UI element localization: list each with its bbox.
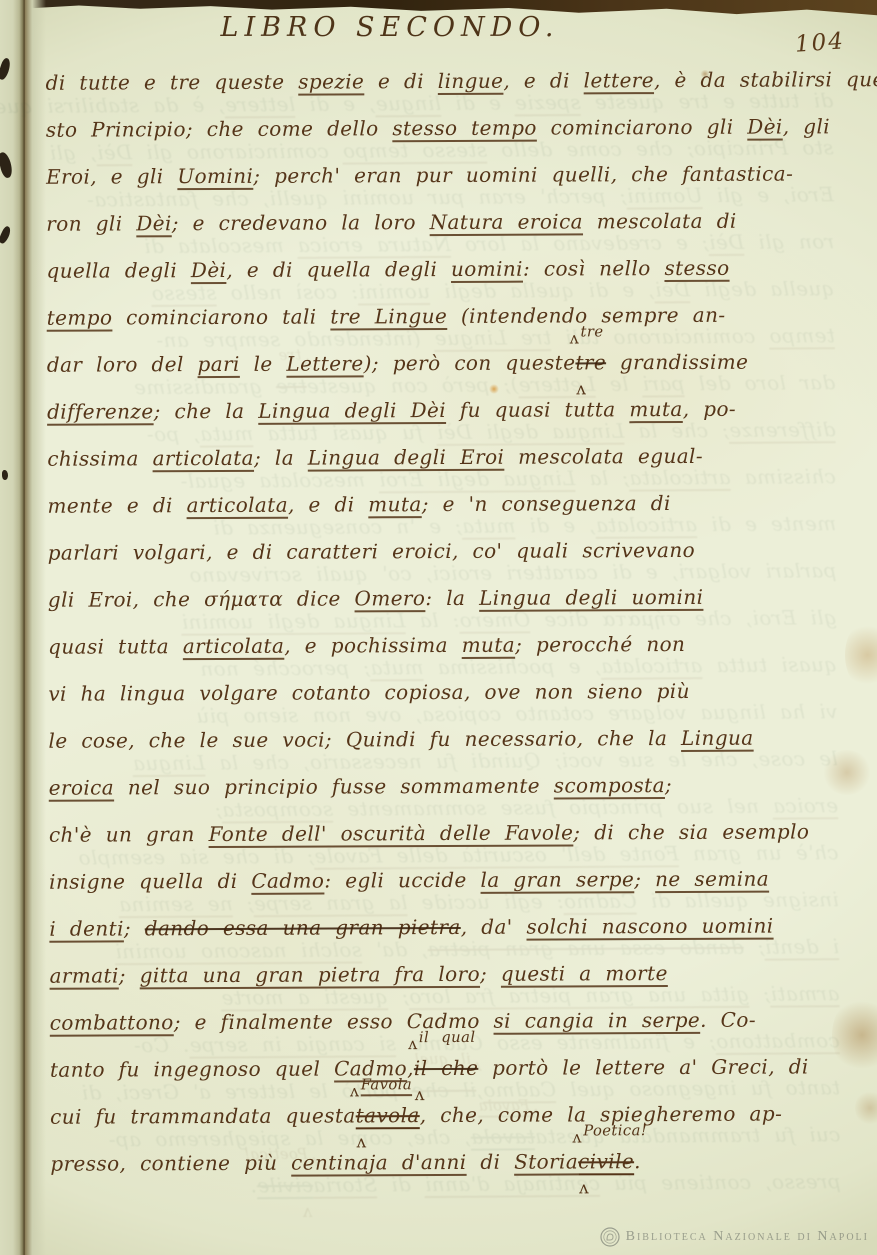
manuscript-line: ch'è un gran Fonte dell' oscurità delle … [49,808,848,858]
interlinear-insertion: ʌFavolaʌtavola [356,1092,420,1139]
manuscript-line: parlari volgari, e di caratteri eroici, … [48,526,847,576]
manuscript-line: presso, contiene più centinaja d'anni di… [50,1137,849,1187]
manuscript-line: chissima articolata; la Lingua degli Ero… [47,432,846,482]
folio-number: 104 [794,28,846,57]
chapter-heading: LIBRO SECONDO. [170,12,610,43]
library-watermark-text: Biblioteca Nazionale di Napoli [626,1229,869,1245]
manuscript-line: quasi tutta articolata, e pochissima mut… [48,620,847,670]
manuscript-text: di tutte e tre queste spezie e di lingue… [46,56,850,1187]
library-watermark: Biblioteca Nazionale di Napoli [600,1227,869,1247]
manuscript-line: insigne quella di Cadmo: egli uccide la … [49,855,848,905]
manuscript-line: sto Principio; che come dello stesso tem… [46,103,845,153]
interlinear-insertion: ʌil qualʌil che [414,1045,479,1092]
manuscript-line: le cose, che le sue voci; Quindi fu nece… [48,714,847,764]
paper-stain [855,1090,877,1126]
library-seal-icon [600,1227,620,1247]
manuscript-line: armati; gitta una gran pietra fra loro; … [49,949,848,999]
manuscript-line: ron gli Dèi; e credevano la loro Natura … [46,197,845,247]
manuscript-line: dar loro del pari le Lettere); però con … [47,338,846,388]
manuscript-line: gli Eroi, che σήματα dice Omero: la Ling… [48,573,847,623]
manuscript-line: differenze; che la Lingua degli Dèi fu q… [47,385,846,435]
manuscript-line: tanto fu ingegnoso quel Cadmo,ʌil qualʌi… [50,1043,849,1093]
manuscript-line: eroica nel suo principio fusse sommament… [49,761,848,811]
paper-stain [845,620,877,690]
manuscript-line: di tutte e tre queste spezie e di lingue… [46,56,845,106]
interlinear-insertion: ʌtreʌtre [575,339,606,386]
binding-gutter [0,0,46,1255]
manuscript-line: i denti; dando essa una gran pietra, da'… [49,902,848,952]
manuscript-line: cui fu trammandata questaʌFavolaʌtavola,… [50,1090,849,1140]
manuscript-line: vi ha lingua volgare cotanto copiosa, ov… [48,667,847,717]
manuscript-page: di tutte e tre queste spezie e di lingue… [0,0,877,1255]
manuscript-line: tempo cominciarono tali tre Lingue (inte… [47,291,846,341]
manuscript-line: mente e di articolata, e di muta; e 'n c… [47,479,846,529]
manuscript-line: quella degli Dèi, e di quella degli uomi… [46,244,845,294]
manuscript-line: Eroi, e gli Uomini; perch' eran pur uomi… [46,150,845,200]
interlinear-insertion: ʌPoetica!ʌcivile [578,1138,634,1185]
